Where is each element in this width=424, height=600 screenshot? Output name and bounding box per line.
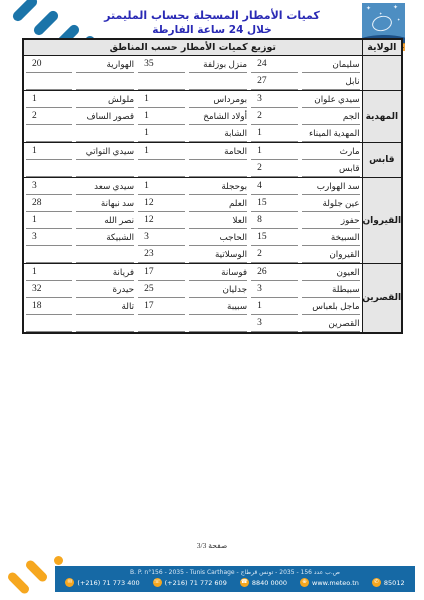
- region-name: [189, 160, 247, 177]
- table-row: المهدية الميناء1الشابة1: [23, 125, 402, 143]
- table-header-row: الولاية توزيع كميات الأمطار حسب المناطق: [23, 39, 402, 56]
- star-icon: ✦: [366, 6, 371, 12]
- governorate-group: قابسمارث1الحامة1سيدي التواتي1قابس2: [23, 143, 402, 178]
- rain-value: 1: [138, 143, 185, 160]
- governorate-cell: قابس: [362, 143, 402, 178]
- region-name: فريانة: [76, 264, 134, 281]
- footer-contact: ✆85012: [372, 578, 405, 587]
- rain-value: 27: [251, 73, 298, 90]
- governorate-group: المهديةسيدي علوان3بومرداس1ملولش1الجم2أول…: [23, 91, 402, 143]
- stripe-bar: [11, 0, 39, 23]
- region-name: سيدي علوان: [302, 91, 360, 108]
- document-page: كميات الأمطار المسجلة بحساب المليمتر خلا…: [0, 0, 424, 600]
- report-title-line1: كميات الأمطار المسجلة بحساب المليمتر: [60, 8, 364, 23]
- governorate-cell: [362, 56, 402, 91]
- footer-address: B. P. n°156 - 2035 - Tunis Carthage - ص.…: [55, 566, 415, 576]
- table-row: سبيطلة3جدليان25حيدرة32: [23, 281, 402, 298]
- region-name: سيدي سعد: [76, 178, 134, 195]
- region-name: العلم: [189, 195, 247, 212]
- region-name: [189, 315, 247, 332]
- region-name: [76, 246, 134, 263]
- star-icon: ✦: [393, 5, 398, 11]
- region-name: أولاد الشامخ: [189, 108, 247, 125]
- rain-value: 8: [251, 212, 298, 229]
- governorate-cell: القصرين: [362, 264, 402, 334]
- rain-value: 20: [26, 56, 72, 73]
- region-name: الشابة: [189, 125, 247, 142]
- region-name: سيدي التواتي: [76, 143, 134, 160]
- contact-text: www.meteo.tn: [312, 579, 359, 587]
- rain-value: 15: [251, 229, 298, 246]
- rain-value: 32: [26, 281, 72, 298]
- contact-text: (+216) 71 772 609: [165, 579, 227, 587]
- region-name: [76, 125, 134, 142]
- footer-contact: ☏(+216) 71 772 609: [153, 578, 227, 587]
- footer-contact: ⊕www.meteo.tn: [300, 578, 359, 587]
- rain-value: 1: [26, 143, 72, 160]
- rain-value: 1: [26, 91, 72, 108]
- region-name: ملولش: [76, 91, 134, 108]
- region-name: السبيخة: [302, 229, 360, 246]
- region-name: سد الهوارب: [302, 178, 360, 195]
- star-icon: ✦: [397, 17, 400, 23]
- region-name: قابس: [302, 160, 360, 177]
- rain-value: 3: [251, 91, 298, 108]
- rain-value: 3: [138, 229, 185, 246]
- mail-icon: ✉: [65, 578, 74, 587]
- footer-contact: ☎8840 0000: [240, 578, 287, 587]
- fax-icon: ☏: [153, 578, 162, 587]
- rain-value: [138, 160, 185, 177]
- rain-value: [26, 73, 72, 90]
- region-name: جدليان: [189, 281, 247, 298]
- rain-value: 2: [251, 108, 298, 125]
- rain-value: 1: [26, 212, 72, 229]
- page-number: صفحة 3/3: [0, 541, 424, 550]
- rain-value: [26, 125, 72, 142]
- rain-value: 3: [251, 315, 298, 332]
- table-row: حفوز8العلا12نصر الله1: [23, 212, 402, 229]
- footer-contact: ✉(+216) 71 773 400: [65, 578, 139, 587]
- rain-value: 2: [251, 160, 298, 177]
- rain-value: 2: [251, 246, 298, 263]
- region-name: الحاجب: [189, 229, 247, 246]
- rain-value: 1: [26, 264, 72, 281]
- region-name: العلا: [189, 212, 247, 229]
- region-name: بوحجلة: [189, 178, 247, 195]
- rain-value: 23: [138, 246, 185, 263]
- contact-text: 85012: [384, 579, 405, 587]
- rain-value: [138, 73, 185, 90]
- region-name: الحامة: [189, 143, 247, 160]
- governorate-group: القصرينالعيون26فوسانة17فريانة1سبيطلة3جدل…: [23, 264, 402, 334]
- rain-value: 24: [251, 56, 298, 73]
- rain-value: 18: [26, 298, 72, 315]
- governorate-cell: المهدية: [362, 91, 402, 143]
- rain-value: 25: [138, 281, 185, 298]
- stripe-dot: [54, 556, 63, 565]
- governorate-header: الولاية: [362, 39, 402, 56]
- region-name: سبيبة: [189, 298, 247, 315]
- rain-value: 28: [26, 195, 72, 212]
- region-name: فوسانة: [189, 264, 247, 281]
- rainfall-table: الولاية توزيع كميات الأمطار حسب المناطق …: [22, 38, 403, 334]
- region-name: منزل بوزلفة: [189, 56, 247, 73]
- region-name: العيون: [302, 264, 360, 281]
- table-row: القصرينالعيون26فوسانة17فريانة1: [23, 264, 402, 282]
- rain-value: 3: [26, 178, 72, 195]
- region-name: سبيطلة: [302, 281, 360, 298]
- table-row: السبيخة15الحاجب3الشبيكة3: [23, 229, 402, 246]
- rain-value: 1: [138, 125, 185, 142]
- region-name: [189, 73, 247, 90]
- rain-value: 15: [251, 195, 298, 212]
- rain-value: 12: [138, 212, 185, 229]
- region-name: الهوارية: [76, 56, 134, 73]
- footer-contacts: ✉(+216) 71 773 400☏(+216) 71 772 609☎884…: [55, 578, 415, 587]
- region-name: ماجل بلعباس: [302, 298, 360, 315]
- rain-value: 35: [138, 56, 185, 73]
- rain-value: 3: [26, 229, 72, 246]
- region-name: الجم: [302, 108, 360, 125]
- region-name: قصور الساف: [76, 108, 134, 125]
- region-name: الوسلاتية: [189, 246, 247, 263]
- table-row: سليمان24منزل بوزلفة35الهوارية20: [23, 56, 402, 74]
- rain-value: 1: [251, 143, 298, 160]
- rain-value: [26, 160, 72, 177]
- sms-icon: ✆: [372, 578, 381, 587]
- region-name: القيروان: [302, 246, 360, 263]
- rain-value: 1: [138, 108, 185, 125]
- contact-text: (+216) 71 773 400: [77, 579, 139, 587]
- governorate-cell: القيروان: [362, 178, 402, 264]
- region-name: القصرين: [302, 315, 360, 332]
- inm-emblem-icon: ✦ ✦ ✦ ✦: [362, 3, 405, 43]
- region-name: نابل: [302, 73, 360, 90]
- rain-value: 17: [138, 264, 185, 281]
- table-row: القيروانسد الهوارب4بوحجلة1سيدي سعد3: [23, 178, 402, 196]
- rain-value: 4: [251, 178, 298, 195]
- region-name: [76, 73, 134, 90]
- rain-value: 26: [251, 264, 298, 281]
- table-row: المهديةسيدي علوان3بومرداس1ملولش1: [23, 91, 402, 109]
- distribution-header: توزيع كميات الأمطار حسب المناطق: [23, 39, 362, 56]
- stripe-bar: [32, 9, 60, 37]
- region-name: سد نبهانة: [76, 195, 134, 212]
- rain-value: 1: [251, 298, 298, 315]
- region-name: بومرداس: [189, 91, 247, 108]
- region-name: نصر الله: [76, 212, 134, 229]
- region-name: تالة: [76, 298, 134, 315]
- globe-ring-icon: [370, 14, 393, 33]
- rain-value: 17: [138, 298, 185, 315]
- globe-icon: ⊕: [300, 578, 309, 587]
- table-row: قابس2: [23, 160, 402, 178]
- table-row: ماجل بلعباس1سبيبة17تالة18: [23, 298, 402, 315]
- region-name: [76, 315, 134, 332]
- rain-value: [26, 246, 72, 263]
- footer-band: B. P. n°156 - 2035 - Tunis Carthage - ص.…: [55, 566, 415, 592]
- region-name: الشبيكة: [76, 229, 134, 246]
- stripe-bar: [6, 571, 31, 596]
- table-row: قابسمارث1الحامة1سيدي التواتي1: [23, 143, 402, 161]
- table-row: القيروان2الوسلاتية23: [23, 246, 402, 264]
- region-name: مارث: [302, 143, 360, 160]
- rain-value: 1: [251, 125, 298, 142]
- contact-text: 8840 0000: [252, 579, 287, 587]
- table-row: القصرين3: [23, 315, 402, 333]
- report-title-line2: خلال 24 ساعة الفارطة: [60, 23, 364, 38]
- region-name: [76, 160, 134, 177]
- region-name: المهدية الميناء: [302, 125, 360, 142]
- rain-value: 2: [26, 108, 72, 125]
- rain-value: 1: [138, 91, 185, 108]
- table-row: عين جلولة15العلم12سد نبهانة28: [23, 195, 402, 212]
- rain-value: 1: [138, 178, 185, 195]
- region-name: سليمان: [302, 56, 360, 73]
- report-title: كميات الأمطار المسجلة بحساب المليمتر خلا…: [60, 8, 364, 38]
- region-name: حفوز: [302, 212, 360, 229]
- region-name: عين جلولة: [302, 195, 360, 212]
- phone-icon: ☎: [240, 578, 249, 587]
- region-name: حيدرة: [76, 281, 134, 298]
- governorate-group: القيروانسد الهوارب4بوحجلة1سيدي سعد3عين ج…: [23, 178, 402, 264]
- rain-value: 3: [251, 281, 298, 298]
- table-row: الجم2أولاد الشامخ1قصور الساف2: [23, 108, 402, 125]
- rain-value: [138, 315, 185, 332]
- table-row: نابل27: [23, 73, 402, 91]
- rain-value: [26, 315, 72, 332]
- rain-value: 12: [138, 195, 185, 212]
- stripe-bar: [24, 559, 49, 584]
- governorate-group: سليمان24منزل بوزلفة35الهوارية20نابل27: [23, 56, 402, 91]
